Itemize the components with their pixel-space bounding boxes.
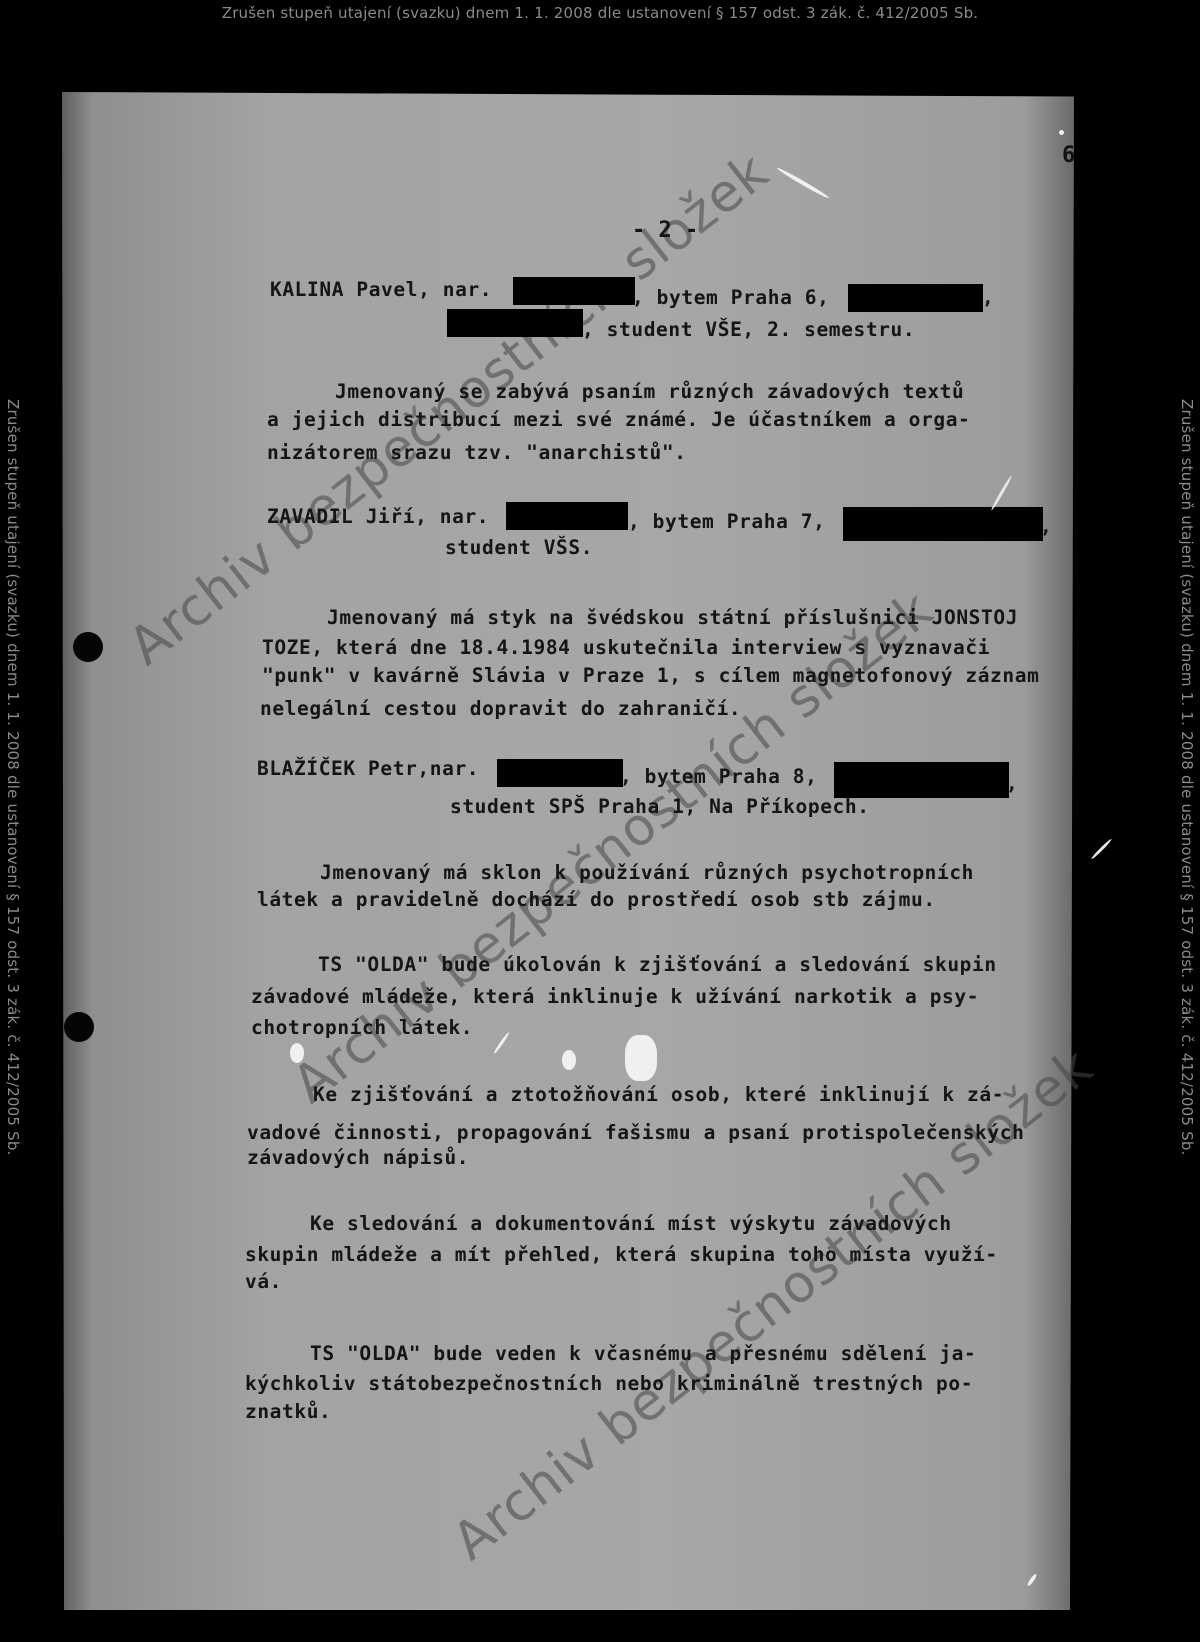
text-line: ZAVADIL Jiří, nar.: [267, 505, 489, 528]
text-line: znatků.: [245, 1400, 331, 1423]
film-speck: [290, 1043, 304, 1063]
text-line: "punk" v kavárně Slávia v Praze 1, s cíl…: [262, 664, 1039, 687]
text-line: TS "OLDA" bude veden k včasnému a přesné…: [310, 1342, 976, 1365]
text-line: ,: [1040, 515, 1052, 538]
text-line: , bytem Praha 7,: [628, 510, 825, 533]
text-line: ,: [1006, 772, 1018, 795]
redaction-bar: [506, 502, 628, 530]
text-line: závadových nápisů.: [247, 1146, 469, 1169]
text-line: a jejich distribucí mezi své známé. Je ú…: [267, 408, 970, 431]
text-line: vá.: [245, 1270, 282, 1293]
redaction-bar: [848, 284, 983, 312]
film-speck: [562, 1050, 576, 1070]
text-line: student VŠS.: [445, 536, 593, 559]
text-line: , student VŠE, 2. semestru.: [582, 318, 915, 341]
page-number: - 2 -: [632, 218, 698, 243]
text-line: ,: [982, 286, 994, 309]
declassification-stamp-right: Zrušen stupeň utajení (svazku) dnem 1. 1…: [1178, 399, 1196, 1156]
film-speck: [1091, 838, 1113, 860]
redaction-bar: [843, 507, 1043, 541]
text-line: látek a pravidelně dochází do prostředí …: [257, 888, 936, 911]
text-line: student SPŠ Praha 1, Na Příkopech.: [450, 795, 870, 818]
text-line: Ke sledování a dokumentování míst výskyt…: [310, 1212, 952, 1235]
text-line: kýchkoliv státobezpečnostních nebo krimi…: [245, 1372, 973, 1395]
text-line: KALINA Pavel, nar.: [270, 278, 492, 301]
redaction-bar: [834, 762, 1009, 798]
text-line: skupin mládeže a mít přehled, která skup…: [245, 1243, 998, 1266]
punch-hole-icon: [73, 632, 103, 662]
text-line: nizátorem srazu tzv. "anarchistů".: [267, 441, 687, 464]
film-speck: [1059, 130, 1064, 135]
text-line: vadové činnosti, propagování fašismu a p…: [247, 1121, 1024, 1144]
declassification-stamp-left: Zrušen stupeň utajení (svazku) dnem 1. 1…: [4, 399, 22, 1229]
text-line: Ke zjišťování a ztotožňování osob, které…: [313, 1083, 1004, 1106]
text-line: TS "OLDA" bude úkolován k zjišťování a s…: [318, 953, 997, 976]
punch-hole-icon: [64, 1012, 94, 1042]
text-line: , bytem Praha 6,: [632, 286, 829, 309]
text-line: Jmenovaný má styk na švédskou státní pří…: [327, 606, 1018, 629]
film-speck: [625, 1035, 657, 1081]
text-line: chotropních látek.: [251, 1016, 473, 1039]
text-line: , bytem Praha 8,: [620, 765, 817, 788]
text-line: TOZE, která dne 18.4.1984 uskutečnila in…: [262, 636, 990, 659]
redaction-bar: [447, 309, 583, 337]
declassification-stamp-top: Zrušen stupeň utajení (svazku) dnem 1. 1…: [0, 4, 1200, 22]
text-line: závadové mládeže, která inklinuje k užív…: [251, 985, 979, 1008]
text-line: Jmenovaný se zabývá psaním různých závad…: [335, 380, 964, 403]
text-line: BLAŽÍČEK Petr,nar.: [257, 757, 479, 780]
text-line: Jmenovaný má sklon k používání různých p…: [320, 861, 974, 884]
redaction-bar: [513, 277, 635, 305]
redaction-bar: [497, 759, 623, 787]
text-line: nelegální cestou dopravit do zahraničí.: [260, 697, 741, 720]
page-corner-mark: 6: [1062, 143, 1075, 168]
